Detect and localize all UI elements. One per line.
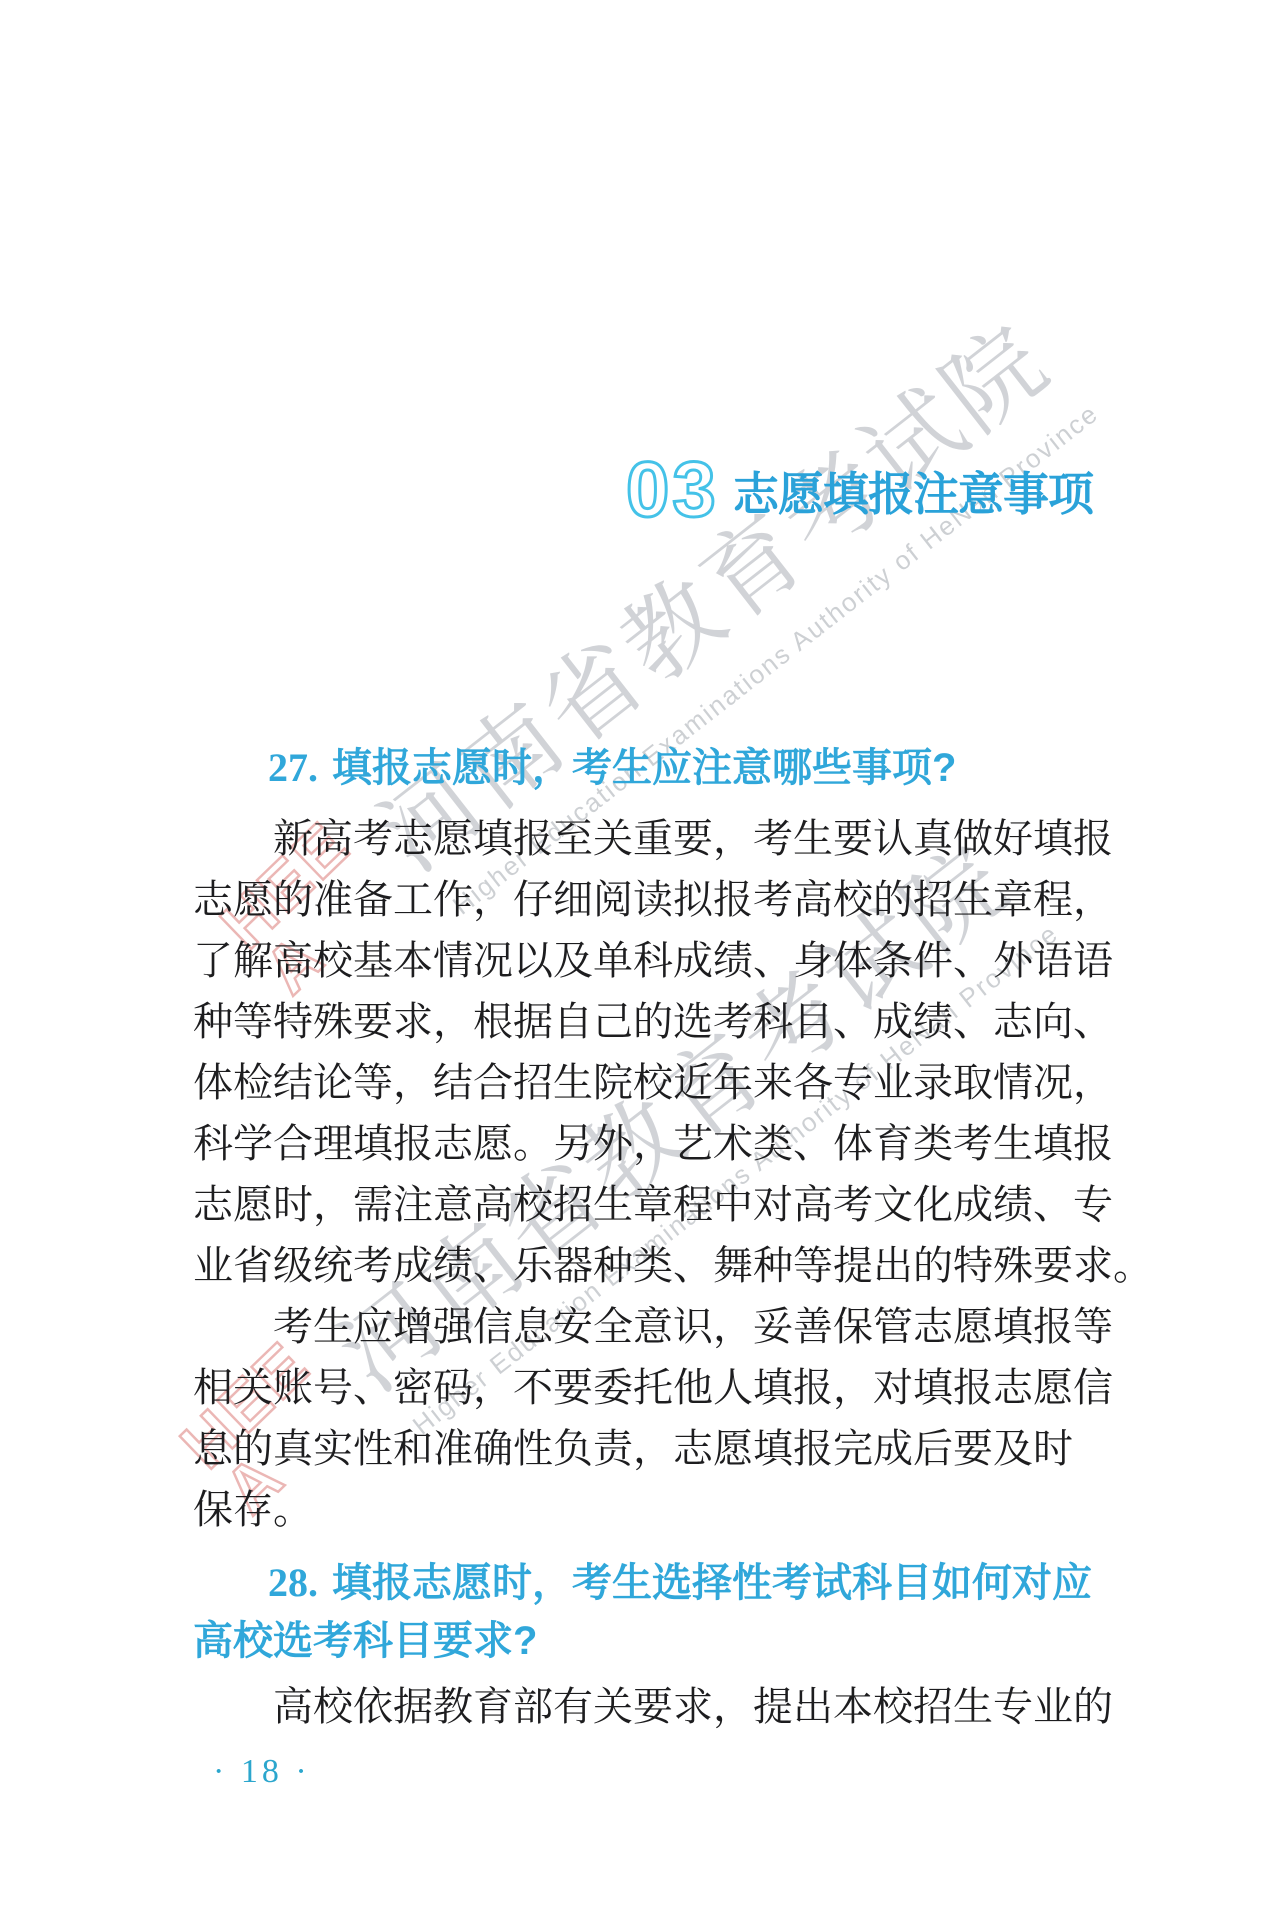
text-line: 志愿的准备工作，仔细阅读拟报考高校的招生章程， (193, 869, 1173, 930)
text-line: 科学合理填报志愿。另外，艺术类、体育类考生填报 (193, 1113, 1173, 1174)
section-number-badge: 03 (626, 450, 719, 528)
page-number: · 18 · (213, 1750, 311, 1794)
question-28-line-1: 28.填报志愿时，考生选择性考试科目如何对应 (193, 1554, 1173, 1612)
question-28-number: 28. (268, 1560, 318, 1605)
text-line: 了解高校基本情况以及单科成绩、身体条件、外语语 (193, 930, 1173, 991)
section-title: 志愿填报注意事项 (733, 471, 1093, 517)
document-page: HEEA 河南省教育考试院 Higher Education Examinati… (0, 0, 1280, 1920)
text-column: 27.填报志愿时，考生应注意哪些事项? 新高考志愿填报至关重要，考生要认真做好填… (193, 740, 1173, 1737)
text-line: 业省级统考成绩、乐器种类、舞种等提出的特殊要求。 (193, 1235, 1173, 1296)
text-line: 高校依据教育部有关要求，提出本校招生专业的 (193, 1676, 1173, 1737)
question-28-heading: 28.填报志愿时，考生选择性考试科目如何对应 高校选考科目要求? (193, 1554, 1173, 1670)
text-line: 保存。 (193, 1479, 1173, 1540)
question-27-heading: 27.填报志愿时，考生应注意哪些事项? (193, 740, 1173, 796)
paragraph-1: 新高考志愿填报至关重要，考生要认真做好填报 志愿的准备工作，仔细阅读拟报考高校的… (193, 808, 1173, 1296)
text-line: 体检结论等，结合招生院校近年来各专业录取情况， (193, 1052, 1173, 1113)
text-line: 种等特殊要求，根据自己的选考科目、成绩、志向、 (193, 991, 1173, 1052)
question-28-text-part2: 高校选考科目要求? (193, 1619, 537, 1663)
text-line: 相关账号、密码，不要委托他人填报，对填报志愿信 (193, 1357, 1173, 1418)
question-27-number: 27. (268, 745, 318, 790)
question-28-line-2: 高校选考科目要求? (193, 1612, 1173, 1670)
question-28-text-part1: 填报志愿时，考生选择性考试科目如何对应 (332, 1561, 1092, 1605)
text-line: 志愿时，需注意高校招生章程中对高考文化成绩、专 (193, 1174, 1173, 1235)
paragraph-2: 考生应增强信息安全意识，妥善保管志愿填报等 相关账号、密码，不要委托他人填报，对… (193, 1296, 1173, 1540)
text-line: 新高考志愿填报至关重要，考生要认真做好填报 (193, 808, 1173, 869)
text-line: 考生应增强信息安全意识，妥善保管志愿填报等 (193, 1296, 1173, 1357)
text-line: 息的真实性和准确性负责，志愿填报完成后要及时 (193, 1418, 1173, 1479)
paragraph-3: 高校依据教育部有关要求，提出本校招生专业的 (193, 1676, 1173, 1737)
question-27-text: 填报志愿时，考生应注意哪些事项? (332, 746, 956, 790)
